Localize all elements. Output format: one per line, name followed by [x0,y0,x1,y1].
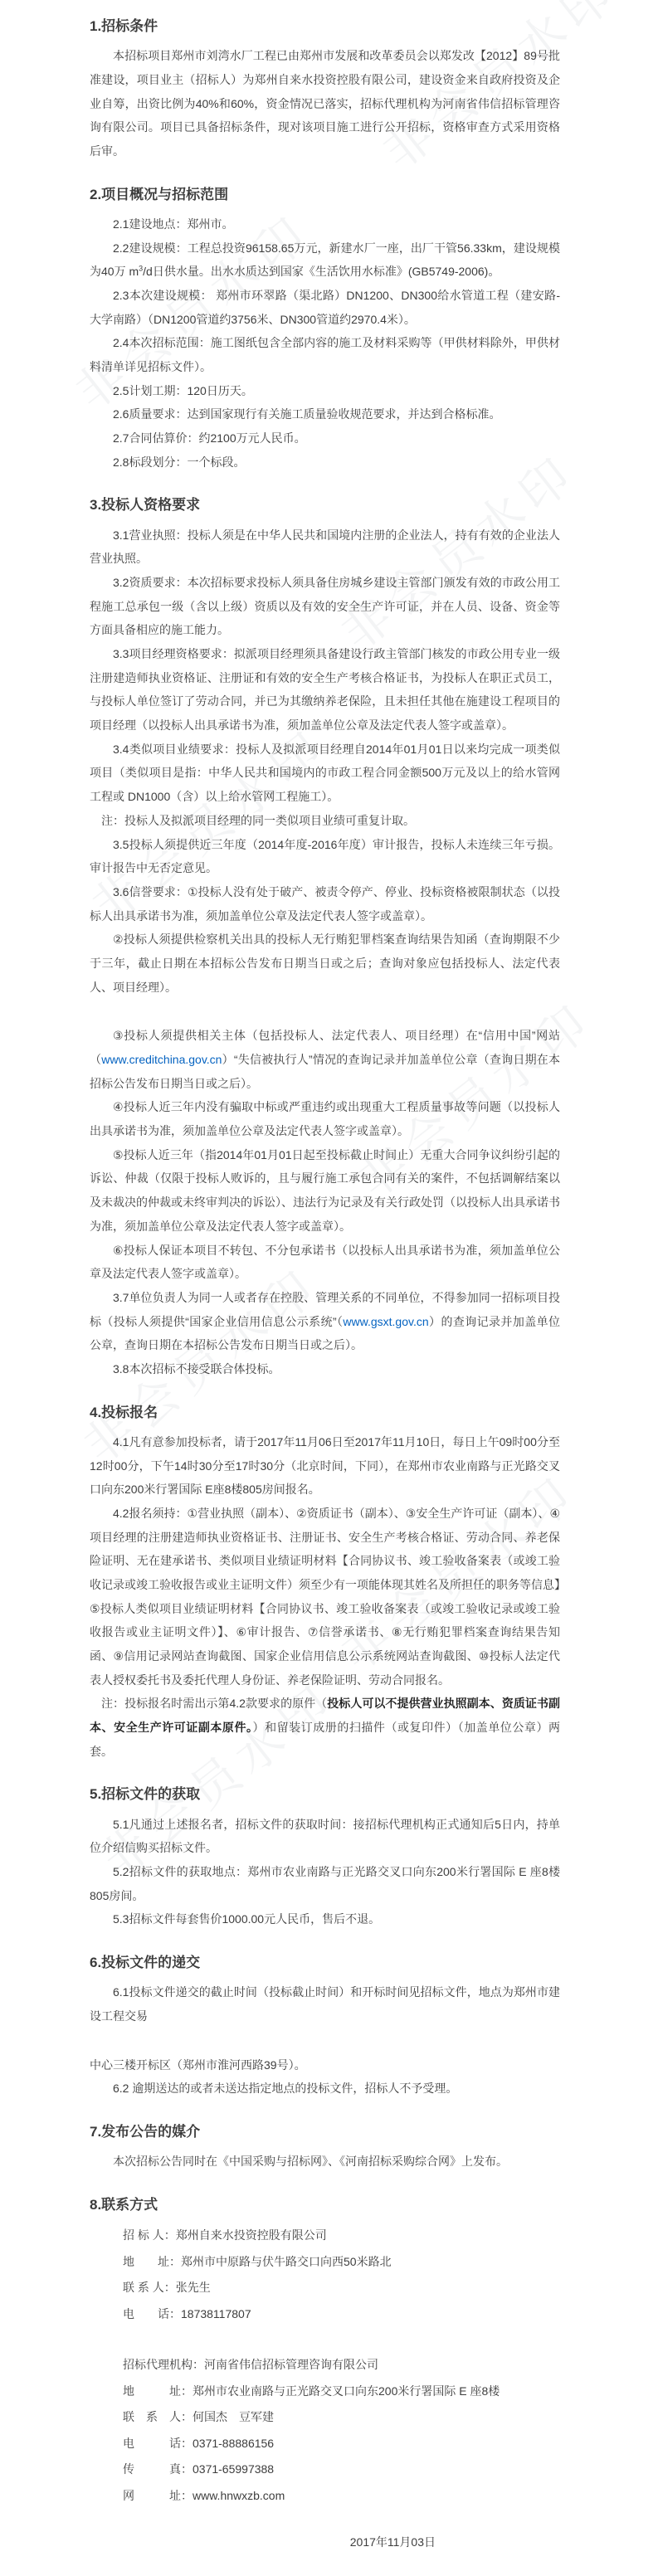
text-run: 3.3项目经理资格要求：拟派项目经理须具备建设行政主管部门核发的市政公用专业一级… [90,647,560,732]
clause-3-6-3: ③投标人须提供相关主体（包括投标人、法定代表人、项目经理）在“信用中国”网站（w… [90,1024,560,1095]
text-run: 5.3招标文件每套售价1000.00元人民币，售后不退。 [113,1912,380,1926]
clause-3-4: 3.4类似项目业绩要求：投标人及拟派项目经理自2014年01月01日以来均完成一… [90,738,560,809]
section-title: 6.投标文件的递交 [90,1951,560,1974]
text-run: 3.2资质要求：本次招标要求投标人须具备住房城乡建设主管部门颁发有效的市政公用工… [90,576,560,636]
clause-4-note: 注：投标报名时需出示第4.2款要求的原件（投标人可以不提供营业执照副本、资质证书… [90,1692,560,1763]
contact-tenderer-person: 联 系 人：张先生 [123,2275,560,2301]
clause-3-5: 3.5投标人须提供近三年度（2014年度-2016年度）审计报告，投标人未连续三… [90,833,560,880]
clause-3-4-note: 注：投标人及拟派项目经理的同一类似项目业绩可重复计取。 [90,809,560,833]
text-run: 2.3本次建设规模： 郑州市环翠路（渠北路）DN1200、DN300给水管道工程… [90,289,560,326]
text-run: 招 标 人：郑州自来水投资控股有限公司 [123,2228,327,2242]
text-run: 3.1营业执照：投标人须是在中华人民共和国境内注册的企业法人，持有有效的企业法人… [90,528,560,566]
text-run: 4.1凡有意参加投标者，请于2017年11月06日至2017年11月10日，每日… [90,1435,560,1496]
text-run: ⑥投标人保证本项目不转包、不分包承诺书（以投标人出具承诺书为准，须加盖单位公章及… [90,1244,560,1281]
text-run: 注：投标人及拟派项目经理的同一类似项目业绩可重复计取。 [101,814,415,827]
document-body: 1.招标条件本招标项目郑州市刘湾水厂工程已由郑州市发展和改革委员会以郑发改【20… [0,0,658,2576]
text-run: ⑤投标人近三年（指2014年01月01日起至投标截止时间止）无重大合同争议纠纷引… [90,1148,560,1233]
contact-tenderer-address: 地 址：郑州市中原路与伏牛路交口向西50米路北 [123,2249,560,2276]
clause-4-2: 4.2报名须持：①营业执照（副本）、②资质证书（副本）、③安全生产许可证（副本）… [90,1502,560,1692]
website-link[interactable]: www.creditchina.gov.cn [101,1053,222,1066]
clause-3-7: 3.7单位负责人为同一人或者存在控股、管理关系的不同单位，不得参加同一招标项目投… [90,1286,560,1357]
text-run: 电 话：18738117807 [123,2307,251,2320]
clause-2-6: 2.6质量要求：达到国家现行有关施工质量验收规范要求，并达到合格标准。 [90,402,560,426]
clause-1-intro: 本招标项目郑州市刘湾水厂工程已由郑州市发展和改革委员会以郑发改【2012】89号… [90,44,560,163]
text-run: 3.6信誉要求：①投标人没有处于破产、被责令停产、停业、投标资格被限制状态（以投… [90,885,560,923]
text-run: 地 址：郑州市农业南路与正光路交叉口向东200米行署国际 E 座8楼 [123,2384,500,2398]
clause-2-5: 2.5计划工期：120日历天。 [90,379,560,403]
contact-agency-address: 地 址：郑州市农业南路与正光路交叉口向东200米行署国际 E 座8楼 [123,2379,560,2405]
text-run: 6.2 逾期送达的或者未送达指定地点的投标文件，招标人不予受理。 [113,2082,457,2095]
section-title: 8.联系方式 [90,2194,560,2216]
text-run: 5.2招标文件的获取地点：郑州市农业南路与正光路交叉口向东200米行署国际 E … [90,1865,560,1902]
section-title: 2.项目概况与招标范围 [90,183,560,206]
text-run: 电 话：0371-88886156 [123,2437,274,2450]
text-run: 地 址：郑州市中原路与伏牛路交口向西50米路北 [123,2255,392,2268]
clause-3-6-4: ④投标人近三年内没有骗取中标或严重违约或出现重大工程质量事故等问题（以投标人出具… [90,1095,560,1142]
clause-3-1: 3.1营业执照：投标人须是在中华人民共和国境内注册的企业法人，持有有效的企业法人… [90,523,560,571]
clause-2-2: 2.2建设规模：工程总投资96158.65万元，新建水厂一座，出厂干管56.33… [90,236,560,284]
text-run: ④投标人近三年内没有骗取中标或严重违约或出现重大工程质量事故等问题（以投标人出具… [90,1100,560,1137]
text-run: 5.1凡通过上述报名者，招标文件的获取时间：接招标代理机构正式通知后5日内，持单… [90,1818,560,1855]
clause-3-8: 3.8本次招标不接受联合体投标。 [90,1357,560,1381]
text-run: 招标代理机构：河南省伟信招标管理咨询有限公司 [123,2358,378,2371]
website-link[interactable]: www.gsxt.gov.cn [343,1315,428,1328]
text-run: 4.2报名须持：①营业执照（副本）、②资质证书（副本）、③安全生产许可证（副本）… [90,1507,560,1687]
text-run: 2.4本次招标范围：施工图纸包含全部内容的施工及材料采购等（甲供材料除外，甲供材… [90,336,560,373]
text-run: 2.1建设地点：郑州市。 [113,217,233,231]
clause-3-2: 3.2资质要求：本次招标要求投标人须具备住房城乡建设主管部门颁发有效的市政公用工… [90,571,560,642]
text-run: 联 系 人：张先生 [123,2281,211,2294]
clause-2-4: 2.4本次招标范围：施工图纸包含全部内容的施工及材料采购等（甲供材料除外，甲供材… [90,331,560,378]
text-run: 2.8标段划分：一个标段。 [113,455,245,469]
clause-5-2: 5.2招标文件的获取地点：郑州市农业南路与正光路交叉口向东200米行署国际 E … [90,1860,560,1907]
text-run: 注：投标报名时需出示第4.2款要求的原件（ [101,1697,327,1710]
text-run: 本次招标公告同时在《中国采购与招标网》、《河南招标采购综合网》上发布。 [113,2155,508,2168]
text-run: /d日供水量。出水水质达到国家《生活饮用水标准》(GB5749-2006)。 [143,265,500,278]
clause-6-1b: 中心三楼开标区（郑州市淮河西路39号）。 [90,2053,560,2077]
clause-3-6-5: ⑤投标人近三年（指2014年01月01日起至投标截止时间止）无重大合同争议纠纷引… [90,1143,560,1239]
clause-7-media: 本次招标公告同时在《中国采购与招标网》、《河南招标采购综合网》上发布。 [90,2150,560,2174]
clause-2-1: 2.1建设地点：郑州市。 [90,212,560,236]
section-title: 7.发布公告的媒介 [90,2121,560,2143]
contact-tenderer: 招 标 人：郑州自来水投资控股有限公司 [123,2223,560,2249]
text-run: 3.8本次招标不接受联合体投标。 [113,1362,280,1376]
text-run: 2.5计划工期：120日历天。 [113,384,253,397]
clause-3-3: 3.3项目经理资格要求：拟派项目经理须具备建设行政主管部门核发的市政公用专业一级… [90,642,560,738]
text-run: 联 系 人：何国杰 豆军建 [123,2410,274,2423]
clause-6-1: 6.1投标文件递交的截止时间（投标截止时间）和开标时间见招标文件，地点为郑州市建… [90,1980,560,2028]
footer-date: 2017年11月03日 [90,2530,560,2554]
contact-agency-person: 联 系 人：何国杰 豆军建 [123,2404,560,2431]
clause-2-7: 2.7合同估算价：约2100万元人民币。 [90,426,560,450]
section-title: 1.招标条件 [90,15,560,37]
section-title: 3.投标人资格要求 [90,494,560,516]
clause-3-6-6: ⑥投标人保证本项目不转包、不分包承诺书（以投标人出具承诺书为准，须加盖单位公章及… [90,1239,560,1286]
text-run: 2.7合同估算价：约2100万元人民币。 [113,431,306,445]
clause-5-1: 5.1凡通过上述报名者，招标文件的获取时间：接招标代理机构正式通知后5日内，持单… [90,1813,560,1860]
text-run: ②投标人须提供检察机关出具的投标人无行贿犯罪档案查询结果告知函（查询期限不少于三… [90,933,560,993]
contact-agency: 招标代理机构：河南省伟信招标管理咨询有限公司 [123,2352,560,2379]
text-run: 3.5投标人须提供近三年度（2014年度-2016年度）审计报告，投标人未连续三… [90,838,560,875]
clause-3-6-2: ②投标人须提供检察机关出具的投标人无行贿犯罪档案查询结果告知函（查询期限不少于三… [90,928,560,999]
clause-6-2: 6.2 逾期送达的或者未送达指定地点的投标文件，招标人不予受理。 [90,2077,560,2101]
clause-3-6-1: 3.6信誉要求：①投标人没有处于破产、被责令停产、停业、投标资格被限制状态（以投… [90,880,560,928]
section-title: 4.投标报名 [90,1401,560,1424]
text-run: 网 址：www.hnwxzb.com [123,2489,285,2502]
contact-agency-phone: 电 话：0371-88886156 [123,2431,560,2457]
section-title: 5.招标文件的获取 [90,1783,560,1805]
clause-5-3: 5.3招标文件每套售价1000.00元人民币，售后不退。 [90,1907,560,1931]
clause-4-1: 4.1凡有意参加投标者，请于2017年11月06日至2017年11月10日，每日… [90,1430,560,1502]
text-run: 中心三楼开标区（郑州市淮河西路39号）。 [90,2058,306,2072]
tender-announcement-page: 非会员水印 非会员水印 非会员水印 非会员水印 非会员水印 非会员水印 非会员水… [0,0,658,2576]
text-run: 2.6质量要求：达到国家现行有关施工质量验收规范要求，并达到合格标准。 [113,407,500,421]
clause-2-3: 2.3本次建设规模： 郑州市环翠路（渠北路）DN1200、DN300给水管道工程… [90,284,560,331]
text-run: 3.4类似项目业绩要求：投标人及拟派项目经理自2014年01月01日以来均完成一… [90,743,560,803]
contact-agency-website: 网 址：www.hnwxzb.com [123,2483,560,2510]
text-run: 传 真：0371-65997388 [123,2462,274,2476]
text-run: 6.1投标文件递交的截止时间（投标截止时间）和开标时间见招标文件，地点为郑州市建… [90,1985,560,2023]
clause-2-8: 2.8标段划分：一个标段。 [90,450,560,475]
text-run: 本招标项目郑州市刘湾水厂工程已由郑州市发展和改革委员会以郑发改【2012】89号… [90,49,560,158]
contact-agency-fax: 传 真：0371-65997388 [123,2457,560,2483]
contact-tenderer-phone: 电 话：18738117807 [123,2301,560,2328]
